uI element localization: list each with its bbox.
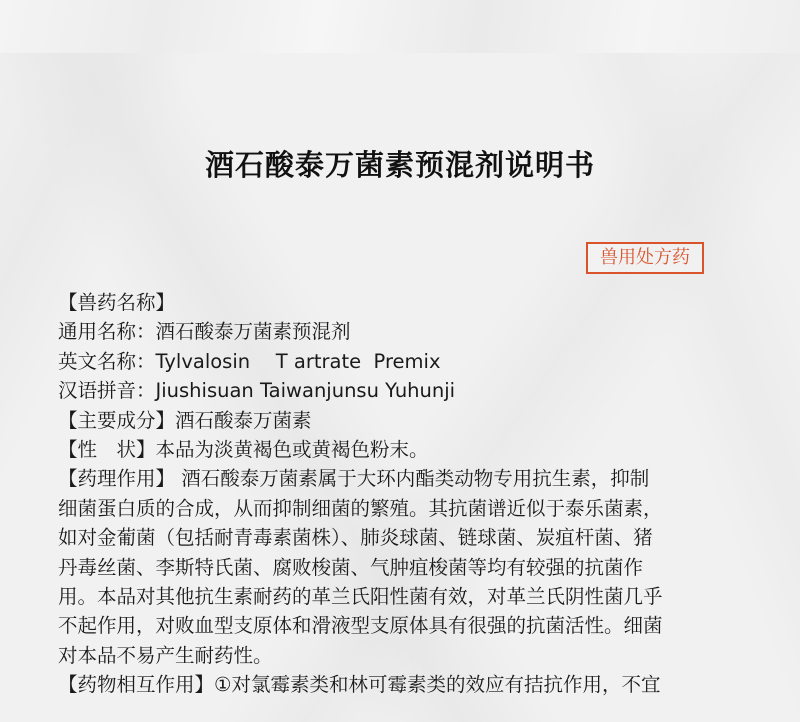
pinyin-name-line: 汉语拼音：Jiushisuan Taiwanjunsu Yuhunji: [58, 376, 748, 405]
pharmacology-line-2: 细菌蛋白质的合成，从而抑制细菌的繁殖。其抗菌谱近似于泰乐菌素，: [58, 494, 748, 523]
main-ingredient-line: 【主要成分】酒石酸泰万菌素: [58, 406, 748, 435]
english-name-line: 英文名称：Tylvalosin T artrate Premix: [58, 347, 748, 376]
pharmacology-line-5: 用。本品对其他抗生素耐药的革兰氏阳性菌有效，对革兰氏阴性菌几乎: [58, 582, 748, 611]
generic-name-line: 通用名称：酒石酸泰万菌素预混剂: [58, 317, 748, 346]
section-heading-drug-name: 【兽药名称】: [58, 288, 748, 317]
background-top-band: [0, 0, 800, 53]
pharmacology-line-3: 如对金葡菌（包括耐青毒素菌株）、肺炎球菌、链球菌、炭疽杆菌、猪: [58, 523, 748, 552]
pharmacology-line-7: 对本品不易产生耐药性。: [58, 641, 748, 670]
appearance-line: 【性 状】本品为淡黄褐色或黄褐色粉末。: [58, 435, 748, 464]
pharmacology-line-1: 【药理作用】 酒石酸泰万菌素属于大环内酯类动物专用抗生素，抑制: [58, 464, 748, 493]
prescription-badge: 兽用处方药: [586, 242, 704, 274]
document-body: 【兽药名称】 通用名称：酒石酸泰万菌素预混剂 英文名称：Tylvalosin T…: [58, 288, 748, 700]
pharmacology-line-4: 丹毒丝菌、李斯特氏菌、腐败梭菌、气肿疽梭菌等均有较强的抗菌作: [58, 553, 748, 582]
document-title: 酒石酸泰万菌素预混剂说明书: [0, 143, 800, 184]
drug-interaction-line-1: 【药物相互作用】①对氯霉素类和林可霉素类的效应有拮抗作用，不宜: [58, 670, 748, 699]
pharmacology-line-6: 不起作用，对败血型支原体和滑液型支原体具有很强的抗菌活性。细菌: [58, 611, 748, 640]
